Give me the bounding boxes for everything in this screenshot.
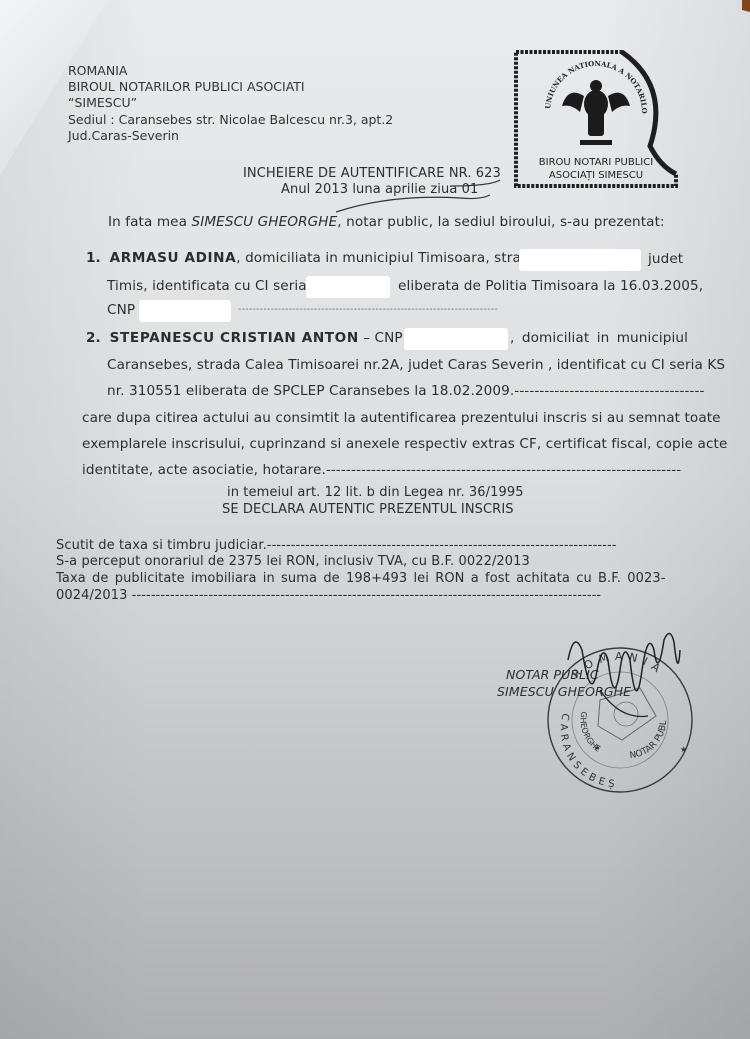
party-1-county-label: judet <box>648 251 683 267</box>
header-country: ROMANIA <box>68 63 127 79</box>
redacted-cnp-1 <box>139 300 231 322</box>
intro-prefix: In fata mea <box>108 214 192 230</box>
party-2-residence: , domiciliat in municipiul <box>510 330 688 346</box>
header-address: Sediul : Caransebes str. Nicolae Balcesc… <box>68 112 393 128</box>
filler-dashes: ----------------------------------------… <box>238 302 498 318</box>
fee-exemption: Scutit de taxa si timbru judiciar.------… <box>56 538 617 554</box>
consent-line-3: identitate, acte asociatie, hotarare.---… <box>82 462 681 478</box>
header-office: BIROUL NOTARILOR PUBLICI ASOCIATI <box>68 79 305 95</box>
svg-text:★: ★ <box>594 744 600 752</box>
party-1-index: 1. <box>86 250 101 266</box>
office-stamp: UNIUNEA NATIONALA A NOTARILOR PUBLICI DI… <box>510 46 682 192</box>
authentication-declaration: SE DECLARA AUTENTIC PREZENTUL INSCRIS <box>222 502 514 518</box>
svg-text:BIROU NOTARI PUBLICI: BIROU NOTARI PUBLICI <box>539 157 653 168</box>
redacted-street <box>519 249 641 271</box>
consent-line-2: exemplarele inscrisului, cuprinzand si a… <box>82 436 727 452</box>
party-2-cnp-label: – CNP <box>359 330 403 346</box>
svg-text:★: ★ <box>680 745 687 754</box>
svg-text:ASOCIAȚI SIMESCU: ASOCIAȚI SIMESCU <box>549 170 643 181</box>
eagle-emblem-icon <box>562 80 630 145</box>
party-1-id-series: Timis, identificata cu CI seria T <box>107 278 320 294</box>
publicity-tax-receipt: 0024/2013 ------------------------------… <box>56 588 601 604</box>
header-county: Jud.Caras-Severin <box>68 128 179 144</box>
publicity-tax: Taxa de publicitate imobiliara in suma d… <box>56 571 666 587</box>
party-2-id: nr. 310551 eliberata de SPCLEP Caransebe… <box>107 383 705 399</box>
notary-name: SIMESCU GHEORGHE <box>192 214 338 230</box>
party-2-line-1: 2. STEPANESCU CRISTIAN ANTON – CNP <box>86 330 403 346</box>
party-1-name: ARMASU ADINA <box>110 250 237 266</box>
party-1-address: , domiciliata in municipiul Timisoara, s… <box>236 250 538 266</box>
party-2-name: STEPANESCU CRISTIAN ANTON <box>110 330 359 346</box>
intro-suffix: , notar public, la sediul biroului, s-au… <box>337 214 664 230</box>
handwritten-underline <box>330 160 520 220</box>
party-1-id-issuer: eliberata de Politia Timisoara la 16.03.… <box>398 278 703 294</box>
legal-basis: in temeiul art. 12 lit. b din Legea nr. … <box>227 485 524 501</box>
party-2-index: 2. <box>86 330 101 346</box>
party-1-line-1: 1. ARMASU ADINA, domiciliata in municipi… <box>86 250 538 266</box>
handwritten-signature <box>560 620 700 730</box>
header-office-name: “SIMESCU” <box>68 95 137 111</box>
party-1-cnp-label: CNP <box>107 302 135 318</box>
redacted-id-series <box>306 276 390 298</box>
consent-line-1: care dupa citirea actului au consimtit l… <box>82 410 721 426</box>
redacted-cnp-2 <box>404 328 508 350</box>
party-2-address: Caransebes, strada Calea Timisoarei nr.2… <box>107 357 725 373</box>
fee-paid: S-a perceput onorariul de 2375 lei RON, … <box>56 554 530 570</box>
intro-paragraph: In fata mea SIMESCU GHEORGHE, notar publ… <box>108 214 665 230</box>
